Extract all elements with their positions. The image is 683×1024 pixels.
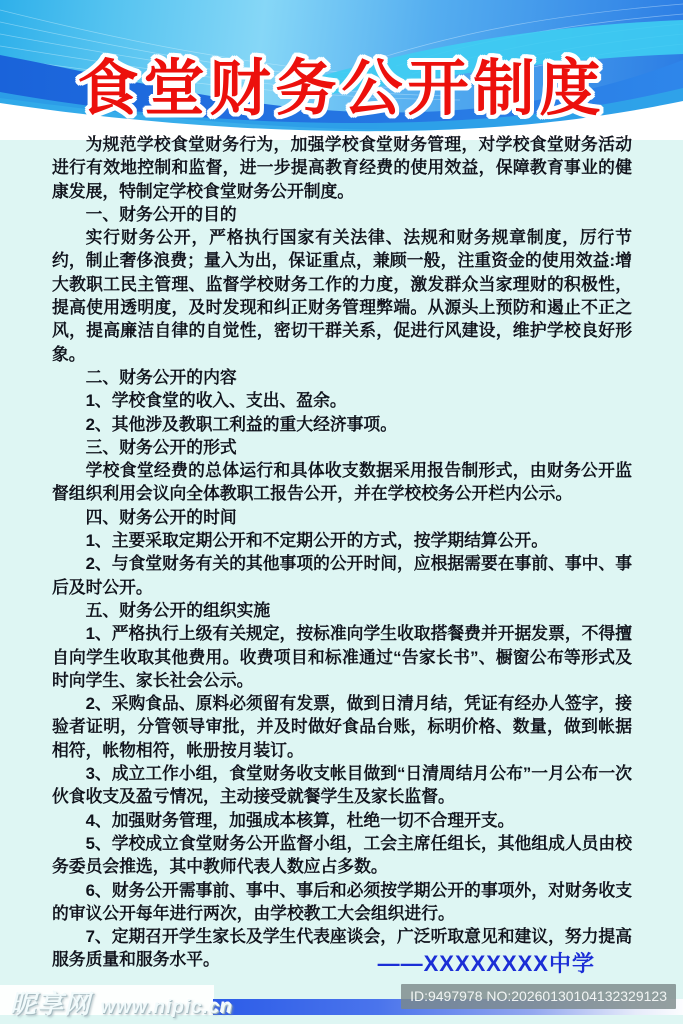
nipic-watermark: 昵享网 www.nipic.cn	[10, 984, 233, 1021]
section-heading: 一、财务公开的目的	[52, 203, 632, 226]
paragraph: 2、其他涉及教职工利益的重大经济事项。	[52, 413, 632, 436]
paragraph: 实行财务公开，严格执行国家有关法律、法规和财务规章制度，厉行节约，制止奢侈浪费；…	[52, 226, 632, 366]
paragraph: 1、主要采取定期公开和不定期公开的方式，按学期结算公开。	[52, 529, 632, 552]
watermark-sitename: 昵享网	[10, 989, 91, 1019]
paragraph: 5、学校成立食堂财务公开监督小组，工会主席任组长，其他组成人员由校务委员会推选，…	[52, 832, 632, 879]
paragraph: 2、采购食品、原料必须留有发票，做到日清月结，凭证有经办人签字，接验者证明，分管…	[52, 692, 632, 762]
section-heading: 四、财务公开的时间	[52, 506, 632, 529]
canteen-finance-disclosure-poster: 食堂财务公开制度 为规范学校食堂财务行为，加强学校食堂财务管理，对学校食堂财务活…	[0, 0, 683, 1024]
paragraph: 4、加强财务管理，加强成本核算，杜绝一切不合理开支。	[52, 809, 632, 832]
paragraph: 3、成立工作小组，食堂财务收支帐目做到“日清周结月公布”一月公布一次伙食收支及盈…	[52, 762, 632, 809]
paragraph: 1、严格执行上级有关规定，按标准向学生收取搭餐费并开据发票，不得擅自向学生收取其…	[52, 622, 632, 692]
image-id-badge: ID:9497978 NO:20260130104132329123	[401, 984, 676, 1009]
section-heading: 五、财务公开的组织实施	[52, 599, 632, 622]
paragraph: 2、与食堂财务有关的其他事项的公开时间，应根据需要在事前、事中、事后及时公开。	[52, 552, 632, 599]
section-heading: 二、财务公开的内容	[52, 366, 632, 389]
watermark-url: www.nipic.cn	[100, 997, 233, 1018]
paragraph: 为规范学校食堂财务行为，加强学校食堂财务管理，对学校食堂财务活动进行有效地控制和…	[52, 133, 632, 203]
school-signature: ——XXXXXXXX中学	[378, 947, 595, 978]
paragraph: 1、学校食堂的收入、支出、盈余。	[52, 389, 632, 412]
header-banner: 食堂财务公开制度	[0, 0, 683, 140]
page-title: 食堂财务公开制度	[0, 40, 683, 127]
regulation-text: 为规范学校食堂财务行为，加强学校食堂财务管理，对学校食堂财务活动进行有效地控制和…	[52, 133, 632, 972]
paragraph: 6、财务公开需事前、事中、事后和必须按学期公开的事项外，对财务收支的审议公开每年…	[52, 879, 632, 926]
section-heading: 三、财务公开的形式	[52, 436, 632, 459]
paragraph: 学校食堂经费的总体运行和具体收支数据采用报告制形式，由财务公开监督组织利用会议向…	[52, 459, 632, 506]
